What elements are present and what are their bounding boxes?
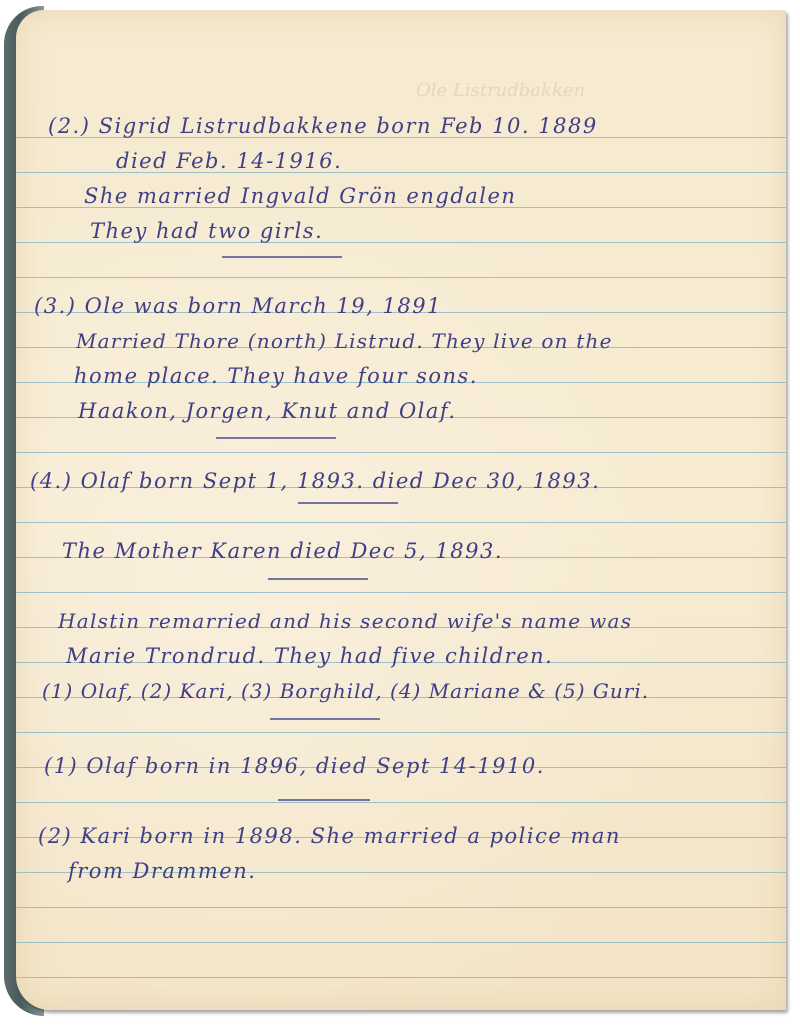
ruled-line <box>16 942 786 943</box>
child-1-line-1: (1) Olaf born in 1896, died Sept 14-1910… <box>44 754 545 778</box>
underline-1893 <box>298 502 398 504</box>
notebook-page: Ole Listrudbakken (2.) Sigrid Listrudbak… <box>16 10 786 1010</box>
ruled-line <box>16 732 786 733</box>
remarried-children-list: (1) Olaf, (2) Kari, (3) Borghild, (4) Ma… <box>42 679 649 703</box>
ruled-line <box>16 277 786 278</box>
child-2-line-2: from Drammen. <box>68 859 256 883</box>
ruled-line <box>16 452 786 453</box>
ruled-line <box>16 522 786 523</box>
entry-2-line-3: She married Ingvald Grön engdalen <box>84 184 516 208</box>
entry-3-line-4: Haakon, Jorgen, Knut and Olaf. <box>78 399 457 423</box>
ruled-line <box>16 907 786 908</box>
entry-2-line-2: died Feb. 14-1916. <box>116 149 342 173</box>
ruled-line <box>16 977 786 978</box>
underline-jorgen <box>216 437 336 439</box>
entry-3-line-3: home place. They have four sons. <box>74 364 478 388</box>
entry-2-line-1: (2.) Sigrid Listrudbakkene born Feb 10. … <box>48 114 598 138</box>
entry-3-line-2: Married Thore (north) Listrud. They live… <box>76 329 613 353</box>
child-2-line-1: (2) Kari born in 1898. She married a pol… <box>38 824 621 848</box>
ruled-line <box>16 592 786 593</box>
mother-karen-line: The Mother Karen died Dec 5, 1893. <box>62 539 503 563</box>
entry-3-line-1: (3.) Ole was born March 19, 1891 <box>34 294 442 318</box>
remarried-line-1: Halstin remarried and his second wife's … <box>58 609 632 633</box>
remarried-line-2: Marie Trondrud. They had five children. <box>66 644 553 668</box>
underline-two <box>222 256 342 258</box>
underline-karen <box>268 578 368 580</box>
underline-1896 <box>278 799 370 801</box>
ruled-line <box>16 802 786 803</box>
entry-2-line-4: They had two girls. <box>90 219 323 243</box>
bleed-through-text: Ole Listrudbakken <box>416 80 585 101</box>
entry-4-line-1: (4.) Olaf born Sept 1, 1893. died Dec 30… <box>30 469 600 493</box>
underline-borghild <box>270 718 380 720</box>
